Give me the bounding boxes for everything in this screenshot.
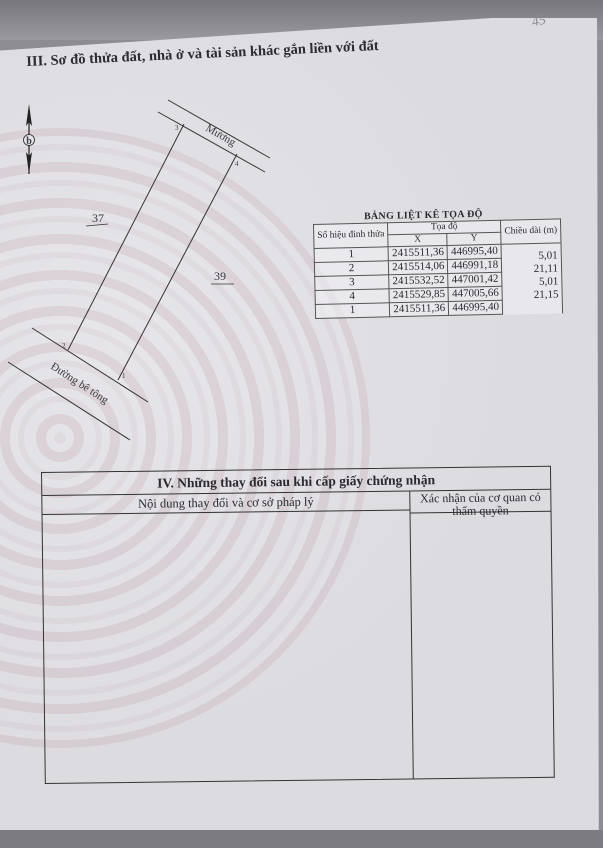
background-surface-bottom <box>0 830 603 848</box>
x-cell: 2415511,36 <box>389 301 449 316</box>
length-value: 21,11 <box>505 262 558 276</box>
x-cell: 2415532,52 <box>389 273 449 288</box>
length-value: 5,01 <box>505 249 558 263</box>
changes-content-header: Nội dung thay đổi và cơ sở pháp lý <box>42 492 409 515</box>
x-cell: 2415529,85 <box>389 287 449 302</box>
vertex-header: Số hiệu đỉnh thửa <box>314 223 389 249</box>
y-cell: 447005,66 <box>448 286 502 301</box>
length-value: 21,15 <box>506 288 559 302</box>
parcel-sketch: Mương Đường bê tông 1 2 3 4 37 39 <box>0 90 310 460</box>
vertex-label: 4 <box>235 160 239 168</box>
x-cell: 2415511,36 <box>388 245 448 260</box>
y-cell: 447001,42 <box>448 272 502 287</box>
length-value: 5,01 <box>505 275 558 289</box>
changes-table: IV. Những thay đổi sau khi cấp giấy chứn… <box>41 466 555 784</box>
y-cell: 446995,40 <box>447 244 501 259</box>
neighbor-parcel-number: 37 <box>92 211 104 225</box>
vertex-label: 1 <box>122 372 126 380</box>
neighbor-parcel-number: 39 <box>214 269 226 283</box>
authority-confirmation-header: Xác nhận của cơ quan có thẩm quyền <box>410 490 550 514</box>
road-label: Đường bê tông <box>48 360 110 406</box>
vertex-cell: 1 <box>315 303 389 319</box>
y-cell: 446991,18 <box>448 258 502 273</box>
y-cell: 446995,40 <box>449 300 503 315</box>
coordinate-table: Số hiệu đỉnh thửa Tọa độ Chiều dài (m) X… <box>313 218 563 319</box>
handwritten-page-number: 45 <box>530 13 547 32</box>
x-cell: 2415514,06 <box>389 259 449 274</box>
canal-label: Mương <box>204 122 239 149</box>
length-header: Chiều dài (m) <box>501 219 561 244</box>
vertex-label: 2 <box>62 342 66 350</box>
length-column: 5,01 21,11 5,01 21,15 <box>501 243 562 314</box>
vertex-label: 3 <box>175 124 179 132</box>
authority-confirmation-cell <box>412 511 554 779</box>
changes-content-cell <box>43 513 412 783</box>
